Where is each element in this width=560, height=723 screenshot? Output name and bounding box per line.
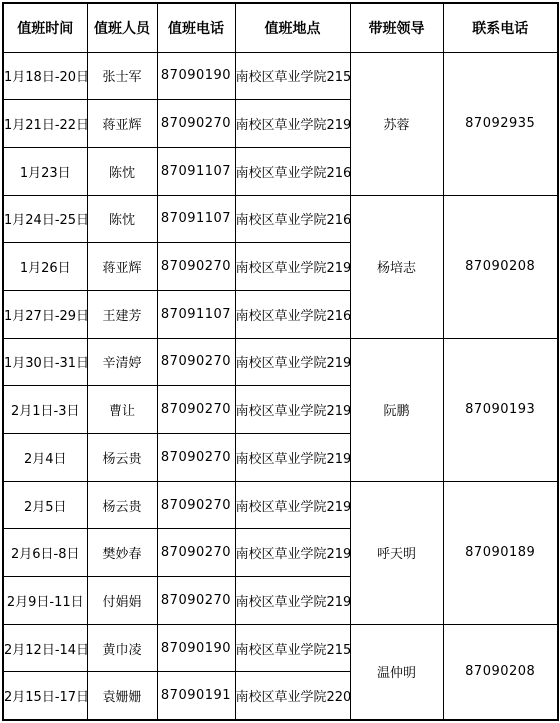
cell-duty-person: 张士军 <box>87 52 157 100</box>
cell-duty-location: 南校区草业学院215 <box>235 624 350 672</box>
cell-duty-phone: 87090191 <box>157 672 235 720</box>
cell-duty-time: 1月26日 <box>3 243 87 291</box>
cell-duty-phone: 87090190 <box>157 52 235 100</box>
cell-duty-time: 2月4日 <box>3 434 87 482</box>
cell-duty-person: 付娟娟 <box>87 577 157 625</box>
cell-duty-person: 王建芳 <box>87 290 157 338</box>
duty-roster-table: 值班时间 值班人员 值班电话 值班地点 带班领导 联系电话 1月18日-20日 … <box>2 2 559 721</box>
cell-duty-person: 樊妙春 <box>87 529 157 577</box>
cell-duty-time: 2月6日-8日 <box>3 529 87 577</box>
cell-lead-leader: 呼天明 <box>350 481 443 624</box>
cell-lead-leader: 苏蓉 <box>350 52 443 195</box>
header-duty-person: 值班人员 <box>87 3 157 52</box>
header-contact-phone: 联系电话 <box>443 3 558 52</box>
table-row: 2月12日-14日 黄巾凌 87090190 南校区草业学院215 温仲明 87… <box>3 624 558 672</box>
cell-duty-person: 杨云贵 <box>87 434 157 482</box>
header-row: 值班时间 值班人员 值班电话 值班地点 带班领导 联系电话 <box>3 3 558 52</box>
cell-duty-time: 1月23日 <box>3 147 87 195</box>
cell-duty-location: 南校区草业学院219 <box>235 338 350 386</box>
cell-duty-time: 1月27日-29日 <box>3 290 87 338</box>
cell-lead-leader: 温仲明 <box>350 624 443 719</box>
table-row: 1月18日-20日 张士军 87090190 南校区草业学院215 苏蓉 870… <box>3 52 558 100</box>
cell-duty-person: 杨云贵 <box>87 481 157 529</box>
cell-duty-location: 南校区草业学院216 <box>235 147 350 195</box>
cell-lead-phone: 87090208 <box>443 624 558 719</box>
cell-lead-phone: 87090193 <box>443 338 558 481</box>
cell-duty-person: 陈忱 <box>87 195 157 243</box>
cell-duty-phone: 87090270 <box>157 434 235 482</box>
cell-duty-time: 1月24日-25日 <box>3 195 87 243</box>
cell-duty-time: 2月15日-17日 <box>3 672 87 720</box>
cell-duty-location: 南校区草业学院219 <box>235 434 350 482</box>
cell-lead-phone: 87092935 <box>443 52 558 195</box>
cell-duty-location: 南校区草业学院219 <box>235 529 350 577</box>
table-row: 1月24日-25日 陈忱 87091107 南校区草业学院216 杨培志 870… <box>3 195 558 243</box>
header-duty-phone: 值班电话 <box>157 3 235 52</box>
cell-lead-phone: 87090189 <box>443 481 558 624</box>
cell-duty-time: 2月5日 <box>3 481 87 529</box>
cell-duty-phone: 87090270 <box>157 100 235 148</box>
cell-lead-leader: 杨培志 <box>350 195 443 338</box>
cell-duty-person: 曹让 <box>87 386 157 434</box>
cell-duty-location: 南校区草业学院216 <box>235 195 350 243</box>
cell-duty-phone: 87091107 <box>157 290 235 338</box>
cell-duty-time: 1月30日-31日 <box>3 338 87 386</box>
cell-duty-time: 1月18日-20日 <box>3 52 87 100</box>
cell-lead-leader: 阮鹏 <box>350 338 443 481</box>
cell-lead-phone: 87090208 <box>443 195 558 338</box>
header-lead-leader: 带班领导 <box>350 3 443 52</box>
cell-duty-phone: 87090270 <box>157 386 235 434</box>
cell-duty-person: 袁姗姗 <box>87 672 157 720</box>
cell-duty-phone: 87090270 <box>157 338 235 386</box>
table-row: 2月5日 杨云贵 87090270 南校区草业学院219 呼天明 8709018… <box>3 481 558 529</box>
cell-duty-phone: 87090270 <box>157 481 235 529</box>
cell-duty-person: 陈忱 <box>87 147 157 195</box>
cell-duty-location: 南校区草业学院219 <box>235 100 350 148</box>
cell-duty-time: 2月12日-14日 <box>3 624 87 672</box>
cell-duty-time: 2月9日-11日 <box>3 577 87 625</box>
table-row: 1月30日-31日 辛清婷 87090270 南校区草业学院219 阮鹏 870… <box>3 338 558 386</box>
cell-duty-person: 蒋亚辉 <box>87 100 157 148</box>
cell-duty-location: 南校区草业学院219 <box>235 386 350 434</box>
cell-duty-location: 南校区草业学院219 <box>235 481 350 529</box>
cell-duty-phone: 87090270 <box>157 243 235 291</box>
cell-duty-location: 南校区草业学院215 <box>235 52 350 100</box>
cell-duty-location: 南校区草业学院219 <box>235 577 350 625</box>
cell-duty-person: 蒋亚辉 <box>87 243 157 291</box>
cell-duty-phone: 87091107 <box>157 195 235 243</box>
cell-duty-location: 南校区草业学院220 <box>235 672 350 720</box>
header-duty-location: 值班地点 <box>235 3 350 52</box>
cell-duty-time: 1月21日-22日 <box>3 100 87 148</box>
cell-duty-person: 黄巾凌 <box>87 624 157 672</box>
cell-duty-person: 辛清婷 <box>87 338 157 386</box>
cell-duty-phone: 87091107 <box>157 147 235 195</box>
cell-duty-time: 2月1日-3日 <box>3 386 87 434</box>
header-duty-time: 值班时间 <box>3 3 87 52</box>
cell-duty-location: 南校区草业学院219 <box>235 243 350 291</box>
cell-duty-phone: 87090190 <box>157 624 235 672</box>
cell-duty-phone: 87090270 <box>157 529 235 577</box>
cell-duty-location: 南校区草业学院216 <box>235 290 350 338</box>
cell-duty-phone: 87090270 <box>157 577 235 625</box>
